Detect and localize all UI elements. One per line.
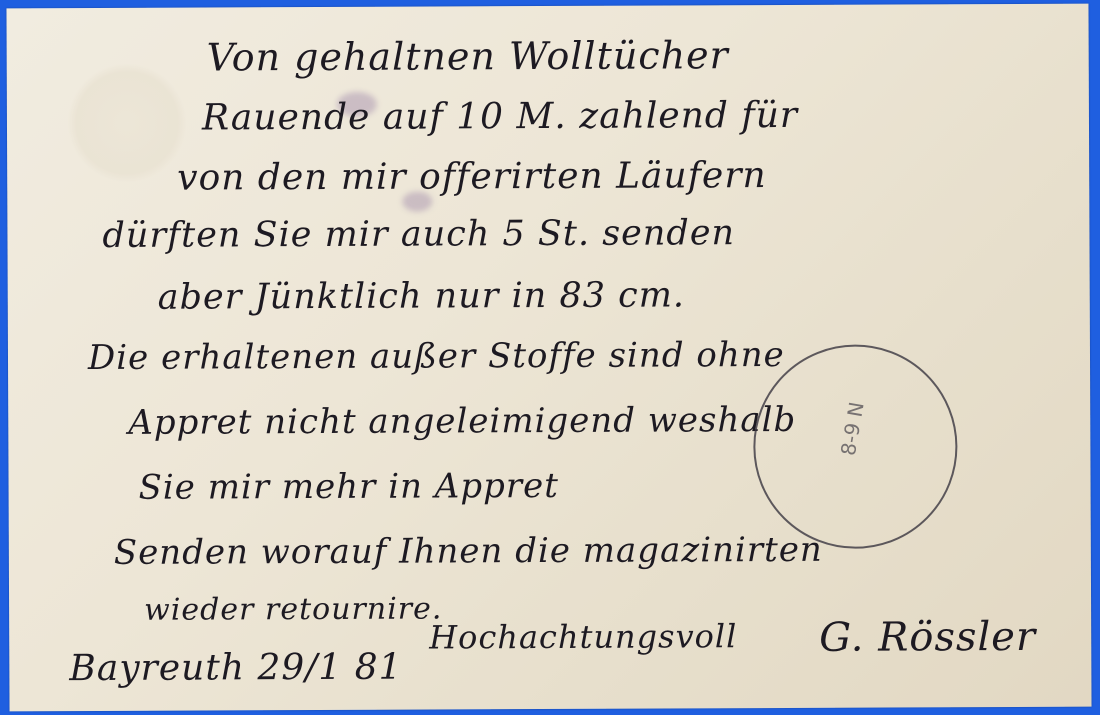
signature: G. Rössler	[819, 614, 1036, 661]
postcard: Von gehaltnen Wolltücher Rauende auf 10 …	[6, 4, 1091, 712]
letter-line: dürften Sie mir auch 5 St. senden	[102, 213, 735, 256]
letter-line: Die erhaltenen außer Stoffe sind ohne	[88, 335, 785, 378]
letter-line: Appret nicht angeleimigend weshalb	[128, 400, 796, 443]
letter-line: aber Jünktlich nur in 83 cm.	[158, 275, 685, 317]
letter-line: Senden worauf Ihnen die magazinirten	[114, 530, 823, 573]
letter-line: Sie mir mehr in Appret	[138, 466, 558, 508]
postmark-text: 8-9 N	[836, 400, 869, 457]
faded-stamp-area	[67, 63, 188, 184]
letter-line: Von gehaltnen Wolltücher	[207, 33, 729, 79]
letter-line: Rauende auf 10 M. zahlend für	[202, 95, 798, 139]
closing: Hochachtungsvoll	[429, 617, 737, 656]
place-date: Bayreuth 29/1 81	[69, 647, 402, 689]
postmark: 8-9 N	[753, 344, 958, 549]
letter-line: wieder retournire.	[144, 591, 442, 627]
letter-line: von den mir offerirten Läufern	[177, 155, 767, 199]
